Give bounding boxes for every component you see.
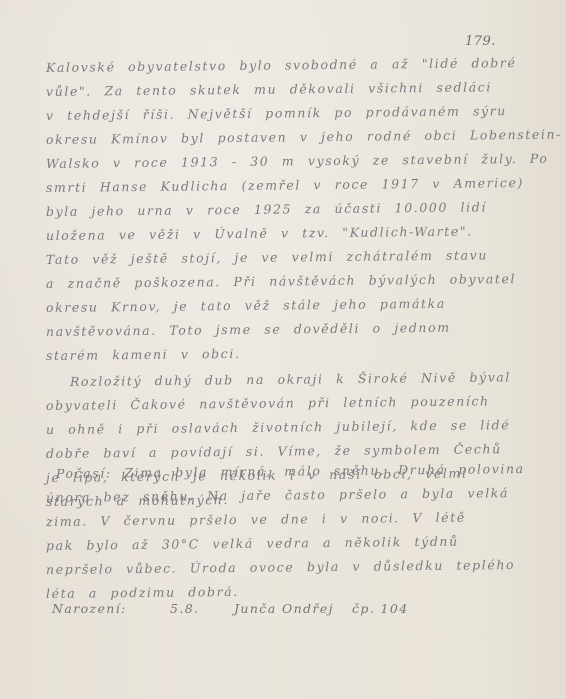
text-line: Walsko v roce 1913 - 30 m vysoký ze stav…	[46, 151, 549, 171]
text-line: léta a podzimu dobrá.	[46, 584, 239, 601]
text-line: dobře baví a povídají si. Víme, že symbo…	[46, 441, 502, 461]
person-name: Junča Ondřej	[234, 601, 334, 616]
text-line: u ohně i při oslavách životních jubilejí…	[46, 417, 510, 437]
birth-label: Narození:	[52, 601, 127, 616]
text-line: Rozložitý duhý dub na okraji k Široké Ni…	[70, 369, 511, 389]
text-line: pak bylo až 30°C velká vedra a několik t…	[46, 534, 459, 553]
birth-date: 5.8.	[170, 601, 199, 616]
text-line: zima. V červnu pršelo ve dne i v noci. V…	[46, 510, 466, 529]
text-line: navštěvována. Toto jsme se dověděli o je…	[46, 320, 451, 339]
text-line: starém kameni v obci.	[46, 346, 241, 363]
text-line: byla jeho urna v roce 1925 za účasti 10.…	[46, 199, 487, 219]
text-line: a značně poškozena. Při návštěvách býval…	[46, 271, 516, 291]
text-line: okresu Kmínov byl postaven v jeho rodné …	[46, 127, 562, 147]
text-line: nepršelo vůbec. Úroda ovoce byla v důsle…	[46, 557, 515, 577]
house-number: čp. 104	[352, 601, 409, 616]
page-number: 179.	[465, 34, 496, 49]
text-line: okresu Krnov, je tato věž stále jeho pam…	[46, 296, 446, 315]
text-line: Tato věž ještě stojí, je ve velmi zchátr…	[46, 247, 488, 267]
text-line: Kalovské obyvatelstvo bylo svobodné a až…	[46, 55, 517, 75]
text-line: obyvateli Čakové navštěvován při letních…	[46, 393, 490, 413]
chronicle-page: 179. Kalovské obyvatelstvo bylo svobodné…	[0, 0, 566, 699]
text-line: uložena ve věži v Úvalně v tzv. "Kudlich…	[46, 224, 473, 243]
text-line: vůle". Za tento skutek mu děkovali všich…	[46, 79, 492, 99]
text-line: v tehdejší říši. Největší pomník po prod…	[46, 103, 507, 123]
text-line: smrti Hanse Kudlicha (zemřel v roce 1917…	[46, 175, 524, 195]
text-line: února bez sněhu. Na jaře často pršelo a …	[46, 485, 509, 505]
